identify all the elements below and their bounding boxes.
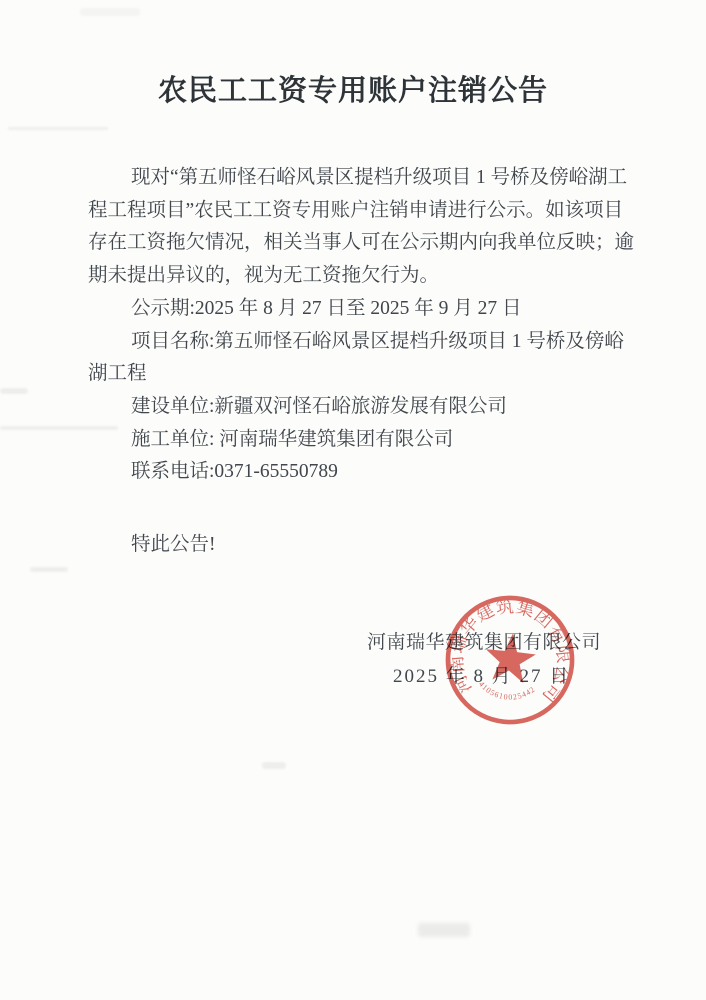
company-seal-stamp: 河南瑞华建筑集团有限公司 4105610025442 xyxy=(437,587,582,732)
body-line: 项目名称:第五师怪石峪风景区提档升级项目 1 号桥及傍峪 xyxy=(88,326,633,359)
body-line: 联系电话:0371-65550789 xyxy=(88,456,633,489)
scan-artifact xyxy=(418,923,470,937)
scan-artifact xyxy=(30,567,68,572)
body-line: 现对“第五师怪石峪风景区提档升级项目 1 号桥及傍峪湖工 xyxy=(88,162,633,195)
document-page: 农民工工资专用账户注销公告 现对“第五师怪石峪风景区提档升级项目 1 号桥及傍峪… xyxy=(0,0,706,1000)
scan-artifact xyxy=(8,127,108,130)
scan-artifact xyxy=(0,426,118,430)
seal-code-text: 4105610025442 xyxy=(476,679,538,705)
body-line: 建设单位:新疆双河怪石峪旅游发展有限公司 xyxy=(88,391,633,424)
seal-star-icon xyxy=(483,631,538,684)
scan-artifact xyxy=(262,762,286,769)
page-title: 农民工工资专用账户注销公告 xyxy=(0,68,706,109)
scan-artifact xyxy=(0,388,28,394)
scan-artifact xyxy=(80,8,140,16)
body-line: 期未提出异议的，视为无工资拖欠行为。 xyxy=(88,260,633,293)
body-line: 存在工资拖欠情况，相关当事人可在公示期内向我单位反映；逾 xyxy=(88,227,633,260)
closing-statement: 特此公告! xyxy=(131,528,216,556)
body-line: 程工程项目”农民工工资专用账户注销申请进行公示。如该项目 xyxy=(88,195,633,228)
document-body: 现对“第五师怪石峪风景区提档升级项目 1 号桥及傍峪湖工程工程项目”农民工工资专… xyxy=(88,162,633,489)
body-line: 公示期:2025 年 8 月 27 日至 2025 年 9 月 27 日 xyxy=(88,293,633,326)
body-line: 湖工程 xyxy=(88,358,633,391)
seal-graphic: 河南瑞华建筑集团有限公司 4105610025442 xyxy=(437,587,582,732)
body-line: 施工单位: 河南瑞华建筑集团有限公司 xyxy=(88,424,633,457)
